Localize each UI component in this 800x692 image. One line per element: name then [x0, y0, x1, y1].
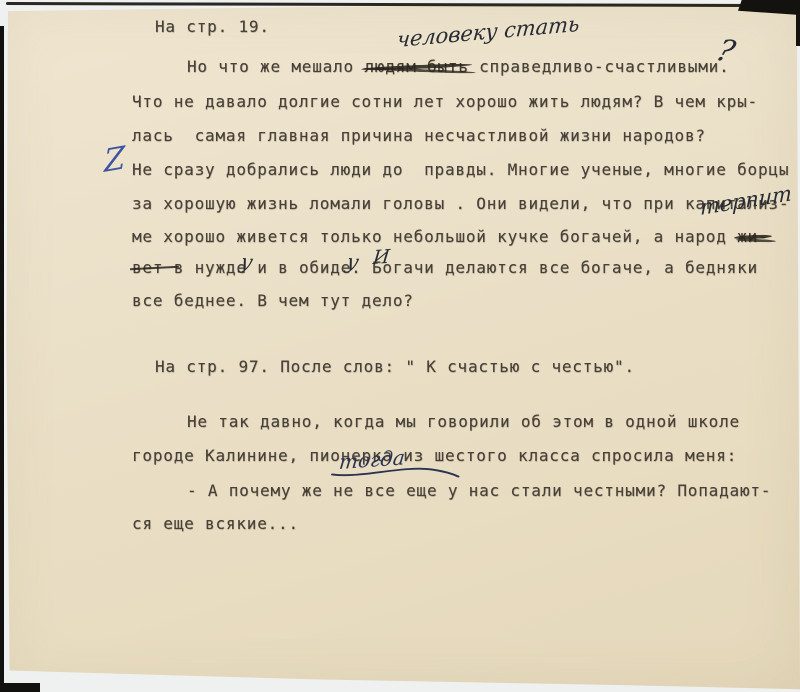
- typed-line-1: На стр. 19.: [155, 16, 270, 38]
- typed-text: справедливо-счастливыми.: [469, 57, 730, 76]
- typed-text: лась самая главная причина несчастливой …: [132, 126, 706, 145]
- typed-text: все беднее. В чем тут дело?: [132, 291, 414, 310]
- typed-line-6: за хорошую жизнь ломали головы . Они вид…: [132, 193, 789, 215]
- handwritten-question-mark: ?: [712, 33, 739, 69]
- struck-out-text: жи-: [737, 227, 768, 246]
- paper-top-edge: [6, 2, 744, 7]
- backdrop-corner-bottom-left: [0, 683, 40, 692]
- handwritten-insertion-togda: тогда: [338, 445, 406, 474]
- typed-line-7: ме хорошо живется только небольшой кучке…: [132, 226, 768, 248]
- handwritten-insertion-chelovek-stat: человеку стать: [396, 12, 581, 52]
- typed-line-11: Не так давно, когда мы говорили об этом …: [187, 411, 740, 433]
- typed-text: Не сразу добрались люди до правды. Многи…: [132, 160, 789, 179]
- typed-text: Что не давало долгие сотни лет хорошо жи…: [132, 92, 758, 111]
- typed-text: ме хорошо живется только небольшой кучке…: [132, 227, 737, 246]
- handwritten-insertion-I: И: [372, 246, 391, 269]
- typed-text: На стр. 19.: [155, 17, 270, 36]
- typed-line-13: - А почему же не все еще у нас стали чес…: [187, 480, 771, 502]
- typed-line-5: Не сразу добрались люди до правды. Многи…: [132, 159, 789, 181]
- typed-line-2: Но что же мешало людям быть справедливо-…: [187, 56, 730, 78]
- backdrop-edge-left: [0, 26, 4, 692]
- typed-line-3: Что не давало долгие сотни лет хорошо жи…: [132, 91, 758, 113]
- struck-out-text: вет: [132, 258, 163, 277]
- typed-text: ся еще всякие...: [132, 514, 299, 533]
- typed-line-8: вет в нужде и в обиде. Богачи делаются в…: [132, 257, 758, 279]
- typed-text: На стр. 97. После слов: " К счастью с че…: [155, 357, 635, 376]
- typed-line-9: все беднее. В чем тут дело?: [132, 290, 414, 312]
- backdrop-edge-right: [796, 0, 800, 46]
- typed-text: за хорошую жизнь ломали головы . Они вид…: [132, 194, 789, 213]
- typed-line-14: ся еще всякие...: [132, 513, 299, 535]
- typed-line-10: На стр. 97. После слов: " К счастью с че…: [155, 356, 635, 378]
- handwritten-paragraph-mark-Z: Z: [104, 140, 125, 180]
- typed-line-4: лась самая главная причина несчастливой …: [132, 125, 706, 147]
- typed-text: Но что же мешало: [187, 57, 364, 76]
- photo-backdrop: На стр. 19.Но что же мешало людям быть с…: [0, 0, 800, 692]
- typed-text: Не так давно, когда мы говорили об этом …: [187, 412, 740, 431]
- typed-text: - А почему же не все еще у нас стали чес…: [187, 481, 771, 500]
- struck-out-text: людям быть: [364, 57, 468, 76]
- paper: На стр. 19.Но что же мешало людям быть с…: [0, 0, 800, 692]
